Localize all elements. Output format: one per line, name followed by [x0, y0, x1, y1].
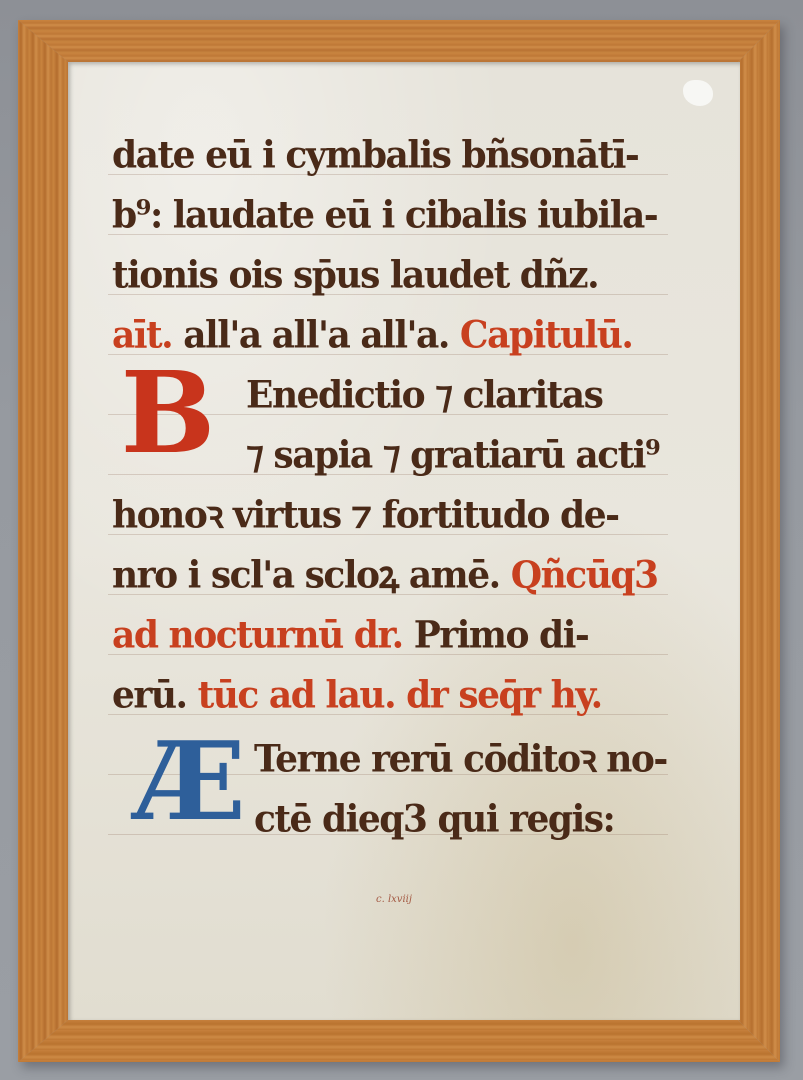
text-segment: ⁊ sapia ⁊ gratiarū acti⁹ — [246, 433, 659, 477]
text-line-8: nro i scl'a scloꝝ amē. Qñcūq3 — [112, 552, 658, 598]
text-segment: ctē dieq3 qui regis: — [254, 797, 614, 841]
text-line-3: tionis ois sp̄us laudet dñz. — [112, 252, 598, 298]
rubric-segment: Capitulū. — [460, 313, 633, 357]
frame-right-rail — [738, 20, 780, 1062]
text-line-11: Terne rerū cōditoꝛ no- — [254, 736, 667, 782]
text-segment: honoꝛ virtus ⁊ fortitudo de- — [112, 493, 619, 537]
text-line-6: ⁊ sapia ⁊ gratiarū acti⁹ — [246, 432, 659, 478]
text-line-1: date eū i cymbalis bñsonātī- — [112, 132, 638, 178]
text-line-12: ctē dieq3 qui regis: — [254, 796, 614, 842]
manuscript-leaf: date eū i cymbalis bñsonātī- b⁹: laudate… — [68, 62, 740, 1020]
rubric-segment: Qñcūq3 — [511, 553, 658, 597]
text-segment: b⁹: laudate eū i cibalis iubila- — [112, 193, 657, 237]
text-segment: nro i scl'a scloꝝ amē. — [112, 553, 511, 597]
red-initial-b: B — [116, 362, 220, 466]
text-segment: date eū i cymbalis bñsonātī- — [112, 133, 638, 177]
text-line-7: honoꝛ virtus ⁊ fortitudo de- — [112, 492, 619, 538]
text-segment: tionis ois sp̄us laudet dñz. — [112, 253, 598, 297]
rubric-segment: ad nocturnū dr. — [112, 613, 414, 657]
blue-initial-ae: Æ — [134, 732, 246, 832]
text-line-2: b⁹: laudate eū i cibalis iubila- — [112, 192, 657, 238]
frame-top-rail — [18, 20, 780, 62]
parchment-tear — [683, 80, 713, 106]
text-segment: all'a all'a all'a. — [172, 313, 460, 357]
text-segment: Enedictio ⁊ claritas — [246, 373, 602, 417]
text-line-5: Enedictio ⁊ claritas — [246, 372, 602, 418]
folio-note: c. lxviij — [376, 894, 412, 905]
frame-left-rail — [18, 20, 68, 1062]
rubric-segment: tūc ad lau. dr seq̄r hy. — [198, 673, 602, 717]
text-segment: Terne rerū cōditoꝛ no- — [254, 737, 667, 781]
text-line-10: erū. tūc ad lau. dr seq̄r hy. — [112, 672, 602, 718]
text-line-9: ad nocturnū dr. Primo di- — [112, 612, 588, 658]
frame-bottom-rail — [18, 1020, 780, 1062]
text-segment: Primo di- — [414, 613, 589, 657]
text-segment: erū. — [112, 673, 198, 717]
